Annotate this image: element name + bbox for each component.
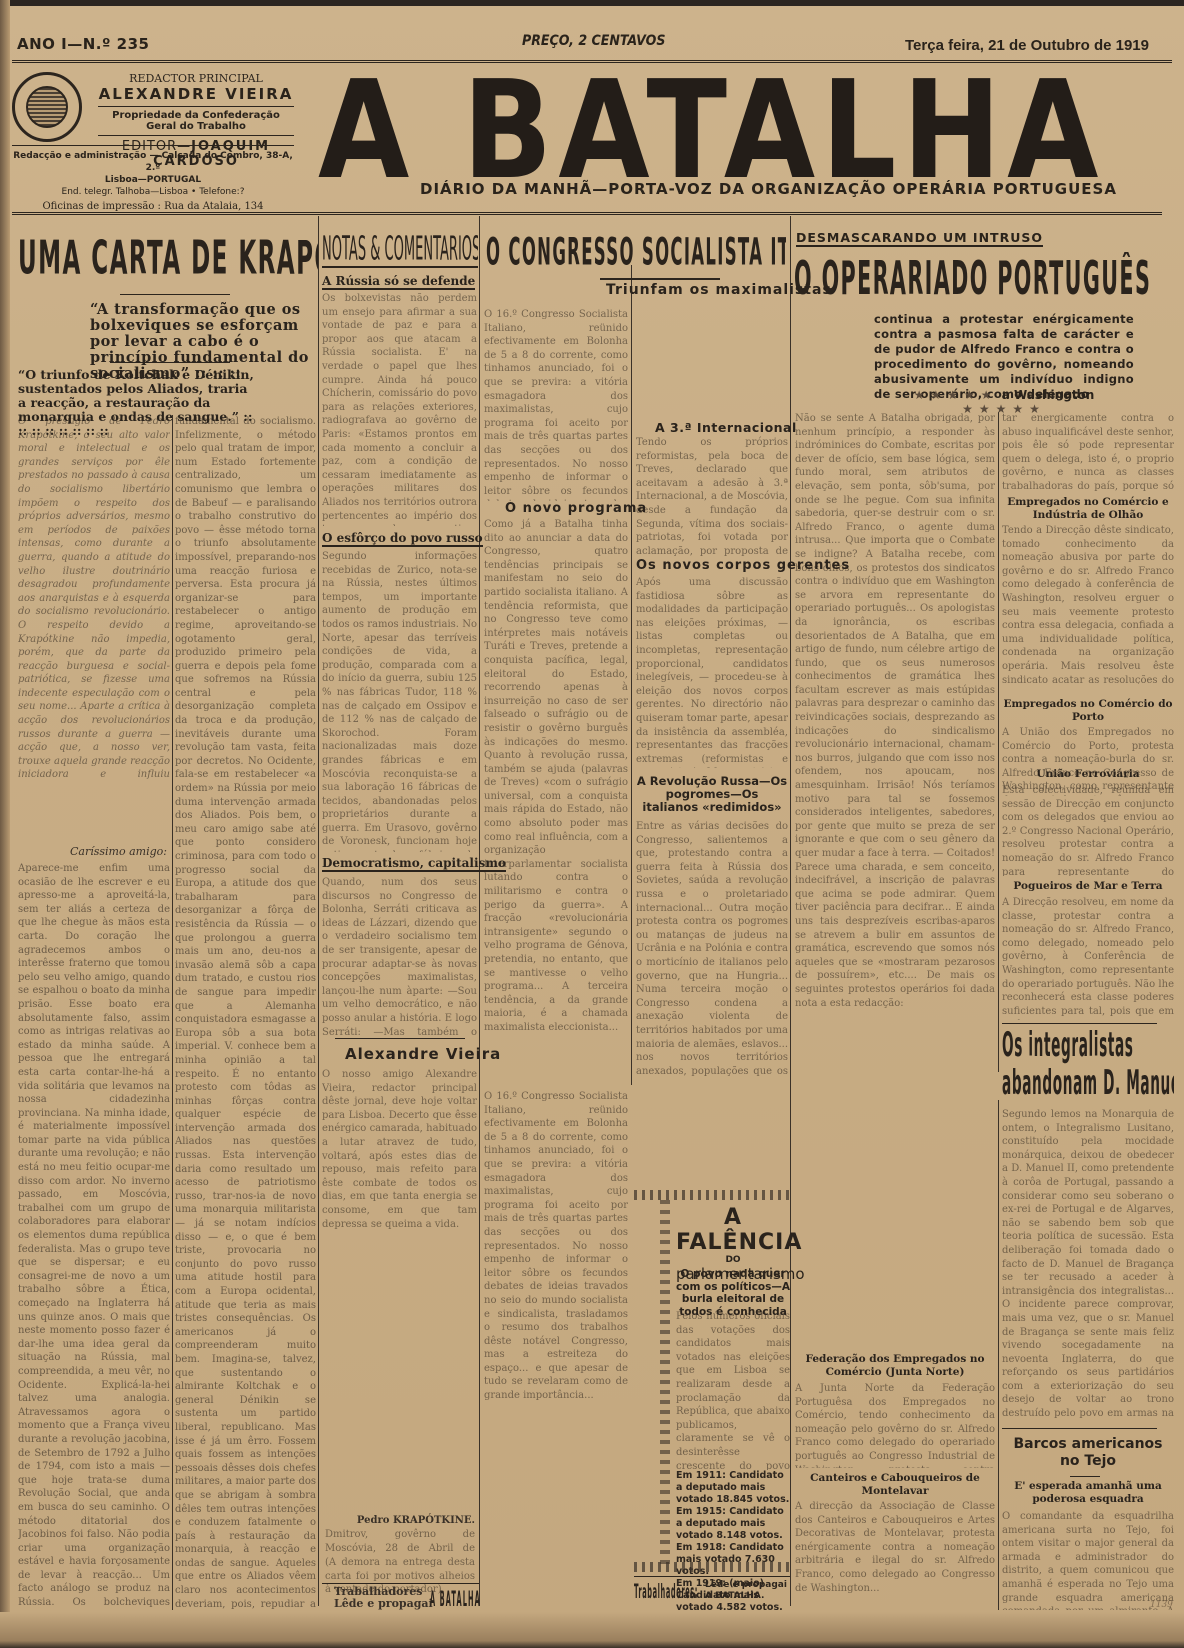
congresso-headline: O CONGRESSO SOCIALISTA ITALIANO	[486, 230, 684, 274]
falencia-promo-label-wrap: Trabalhadores:	[634, 1580, 704, 1602]
postscript-place: Dmitrov, govêrno de Moscóvia, 28 de Abri…	[325, 1528, 475, 1556]
column-rule-1	[318, 216, 319, 1606]
nota-4-text: O nosso amigo Alexandre Vieira, redactor…	[322, 1068, 477, 1508]
intruso-headline-wrap: O OPERARIADO PORTUGUÊS	[794, 252, 1174, 304]
intruso-sub-1-text: A Junta Norte da Federação Portuguêsa do…	[795, 1382, 995, 1468]
falencia-text: Pelos números oficiais das votações dos …	[676, 1310, 790, 1470]
masthead-rule-bottom	[12, 212, 1162, 215]
intruso-headline: O OPERARIADO PORTUGUÊS	[794, 252, 1056, 304]
result-1911: Em 1911: Candidato a deputado mais votad…	[676, 1470, 790, 1506]
barcos-lead: E' esperada amanhã uma poderosa esquadra	[1002, 1480, 1174, 1506]
newspaper-page: ANO I—N.º 235 PREÇO, 2 CENTAVOS Terça fe…	[0, 0, 1184, 1648]
star-ornament-left: ★★★★★	[914, 388, 998, 402]
intruso-fogueiros-text: A Direcção resolveu, em nome da classe, …	[1002, 896, 1174, 1020]
congresso-lead: O 16.º Congresso Socialista Italiano, re…	[484, 308, 628, 501]
nota-1-title: A Rússia só se defende	[322, 274, 475, 290]
krapotkine-body-col2: fundamental do socialismo. Infelizmente,…	[175, 415, 316, 1610]
nota-2-title: O esfôrço do povo russo	[322, 531, 483, 547]
page-mark: 1139	[1150, 1600, 1173, 1610]
congresso-divider	[600, 278, 720, 280]
headline-divider	[120, 294, 230, 295]
address-line-3: End. telegr. Talhoba—Lisboa • Telefone:?	[12, 186, 294, 198]
congresso-section-1-text: Como já a Batalha tinha dito ao anunciar…	[484, 518, 628, 1088]
intruso-ferroviaria-title: União Ferroviária	[1002, 768, 1174, 780]
redactor-name: ALEXANDRE VIEIRA	[98, 85, 294, 103]
binding-edge	[0, 0, 10, 1648]
issue-number: ANO I—N.º 235	[17, 35, 149, 53]
masthead-title-wrap: A BATALHA	[318, 62, 1178, 177]
congresso-headline-wrap: O CONGRESSO SOCIALISTA ITALIANO	[486, 230, 786, 274]
promo-left: Trabalhadores Lêde e propagai	[334, 1586, 433, 1610]
intruso-sub-1-title: Federação dos Empregados no Comércio (Ju…	[795, 1353, 995, 1379]
nota-divider	[335, 1038, 465, 1039]
intruso-olhao-title: Empregados no Comércio e Indústria de Ol…	[1002, 496, 1174, 522]
falencia-title-small: DO	[676, 1255, 790, 1265]
congresso-section-3-text: Após uma discussão fastidiosa sôbre as m…	[636, 576, 788, 768]
nota-1-text: Os bolxevistas não perdem um ensejo para…	[322, 292, 477, 526]
falencia-promo-right: Lêde e propagai A BATALHA.	[705, 1580, 787, 1602]
intruso-ferroviaria-text: Esta colectividade, reünida em sessão de…	[1002, 784, 1174, 876]
nota-3-title: Democratismo, capitalismo	[322, 856, 506, 872]
congresso-section-1-title: O novo programa	[505, 501, 647, 516]
intruso-kicker: DESMASCARANDO UM INTRUSO	[796, 230, 1043, 247]
falencia-promo-action: Lêde e propagai	[705, 1580, 787, 1591]
deck-divider	[110, 362, 230, 363]
promo-paper-wrap: A BATALHA	[430, 1586, 480, 1610]
address-line-2: Lisboa—PORTUGAL	[12, 174, 294, 186]
congresso-section-2-text: Tendo os próprios reformistas, pela boca…	[636, 436, 788, 556]
masthead-title: A BATALHA	[318, 62, 1178, 177]
integralistas-headline-1: Os integralistas	[1002, 1028, 1109, 1065]
integralistas-headline-2: abandonam D. Manuel	[1002, 1066, 1109, 1103]
integralistas-top-divider	[1002, 1023, 1157, 1024]
falencia-promo-rule	[634, 1576, 790, 1577]
congresso-section-4-text: Entre as várias decisões do Congresso, s…	[636, 820, 788, 1078]
congresso-section-2-title: A 3.ª Internacional	[655, 420, 797, 435]
falencia-promo-label: Trabalhadores:	[634, 1580, 676, 1602]
top-border	[0, 0, 1184, 6]
krapotkine-signature: Pedro KRAPÓTKINE.	[325, 1515, 475, 1526]
krapotkine-headline-wrap: UMA CARTA DE KRAPÓTKINE	[18, 230, 318, 290]
promo-rule	[322, 1583, 479, 1584]
intruso-deck-end: a Washington	[1002, 388, 1095, 402]
promo-paper: A BATALHA	[430, 1586, 458, 1610]
barcos-top-divider	[1002, 1428, 1157, 1429]
address-line-1: Redacção e administração — Calçada do Co…	[12, 150, 294, 174]
intruso-olhao-text: Tendo a Direcção dêste sindicato, tomado…	[1002, 524, 1174, 684]
falencia-bottom-ornament	[634, 1562, 790, 1572]
address-block: Redacção e administração — Calçada do Co…	[12, 150, 294, 213]
masthead-subtitle: DIÁRIO DA MANHÃ—PORTA-VOZ DA ORGANIZAÇÃO…	[420, 180, 1117, 198]
falencia-title: A FALÊNCIA	[676, 1205, 790, 1255]
barcos-text: O comandante da esquadrilha americana su…	[1002, 1510, 1174, 1610]
falencia-top-ornament	[634, 1190, 790, 1200]
integralistas-text: Segundo lemos na Monarquia de ontem, o I…	[1002, 1108, 1174, 1420]
integralistas-headline-wrap: Os integralistas abandonam D. Manuel	[1002, 1028, 1174, 1108]
krapotkine-intro: O prestígio de Pedro Krapótkine, o seu a…	[18, 415, 170, 783]
result-1915: Em 1915: Candidato a deputado mais votad…	[676, 1506, 790, 1542]
congresso-section-4-title: A Revolução Russa—Os pogromes—Os italian…	[636, 775, 788, 814]
redactor-label: REDACTOR PRINCIPAL	[98, 72, 294, 85]
confederation-seal-icon	[12, 72, 82, 142]
krapotkine-salutation: Caríssimo amigo:	[70, 845, 167, 858]
barcos-headline: Barcos americanos no Tejo	[1002, 1436, 1174, 1470]
price-label: PREÇO, 2 CENTAVOS	[522, 33, 665, 49]
intruso-porto-title: Empregados no Comércio do Porto	[1002, 698, 1174, 724]
krapotkine-intro-end	[18, 790, 170, 840]
property-line: Propriedade da Confederação Geral do Tra…	[98, 110, 294, 132]
krapotkine-body-col1: Aparece-me enfim uma ocasião de lhe escr…	[18, 862, 170, 1610]
intruso-body-col2: tar energicamente contra o abuso inquali…	[1002, 412, 1174, 492]
nota-3-text: Quando, num dos seus discursos no Congre…	[322, 876, 477, 1036]
result-1918: Em 1918: Candidato mais votado 7.630 vot…	[676, 1542, 790, 1578]
column-rule-5	[998, 412, 999, 1072]
barcos-divider	[1070, 1476, 1100, 1477]
falencia-promo-paper: A BATALHA.	[705, 1591, 787, 1602]
congresso-col2-lead	[636, 308, 788, 433]
notas-header: NOTAS & COMENTARIOS	[322, 230, 419, 267]
falencia-left-ornament	[660, 1200, 670, 1570]
nota-4-title: Alexandre Vieira	[345, 1045, 501, 1063]
intruso-fogueiros-title: Pogueiros de Mar e Terra	[1002, 880, 1174, 892]
bottom-edge	[0, 1612, 1184, 1648]
column-rule-3	[631, 265, 632, 1085]
nota-2-text: Segundo informações recebidas de Zurico,…	[322, 550, 477, 852]
krapotkine-headline: UMA CARTA DE KRAPÓTKINE	[18, 230, 234, 285]
column-rule-6	[998, 1100, 999, 1610]
promo-action: Lêde e propagai	[334, 1598, 433, 1610]
issue-date: Terça feira, 21 de Outubro de 1919	[905, 37, 1149, 54]
congresso-continued: O 16.º Congresso Socialista Italiano, re…	[484, 1090, 628, 1610]
krapotkine-inner-rule	[172, 415, 173, 1610]
credits-rule	[12, 145, 294, 146]
intruso-sub-2-text: A direcção da Associação de Classe dos C…	[795, 1500, 995, 1610]
notas-header-wrap: NOTAS & COMENTARIOS	[322, 230, 478, 268]
column-rule-2	[479, 216, 480, 1606]
intruso-sub-2-title: Canteiros e Cabouqueiros de Montelavar	[795, 1472, 995, 1498]
intruso-body-col1: Não se sente A Batalha obrigada, por nen…	[795, 412, 995, 1392]
